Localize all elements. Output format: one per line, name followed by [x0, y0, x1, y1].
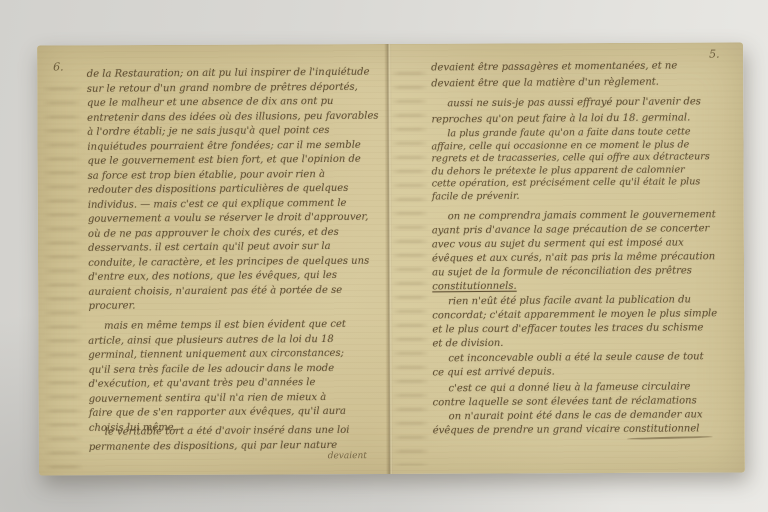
- photograph-background: 6. de la Restauration; on ait pu lui ins…: [0, 0, 768, 512]
- paragraph: on ne comprendra jamais comment le gouve…: [432, 208, 745, 295]
- manuscript-text-line: d'entre eux, des notions, que les évêque…: [88, 269, 380, 286]
- manuscript-text-line: gouvernement a voulu se réserver le droi…: [88, 211, 380, 228]
- paragraph: aussi ne suis-je pas aussi effrayé pour …: [431, 94, 745, 129]
- manuscript-text-line: auraient choisis, n'auraient pas été à p…: [88, 283, 380, 300]
- manuscript-text-line: le véritable tort a été d'avoir inséré d…: [89, 424, 381, 441]
- manuscript-page-left: 6. de la Restauration; on ait pu lui ins…: [37, 44, 389, 476]
- paragraph: mais en même temps il est bien évident q…: [88, 318, 381, 436]
- manuscript-text-line: où de ne pas approuver le choix des curé…: [88, 225, 380, 242]
- manuscript-text-line: évêques et aux curés, n'ait pas pris la …: [432, 250, 745, 267]
- manuscript-text-line: cette opération, est précisément celle q…: [432, 176, 745, 191]
- manuscript-text-line: faire que de s'en rapporter aux évêques,…: [89, 405, 381, 422]
- ink-showthrough-left-margin: [42, 79, 84, 471]
- manuscript-text-line: sur le retour d'un grand nombre de prêtr…: [87, 80, 379, 97]
- manuscript-sheet: 6. de la Restauration; on ait pu lui ins…: [37, 42, 745, 475]
- paragraph: le véritable tort a été d'avoir inséré d…: [89, 424, 381, 455]
- paragraph: devaient être passagères et momentanées,…: [431, 58, 745, 93]
- manuscript-page-right: 5. devaient être passagères et momentané…: [387, 42, 745, 474]
- manuscript-text-line: germinal, tiennent uniquement aux circon…: [88, 347, 380, 364]
- manuscript-text-line: et le plus court d'effacer toutes les tr…: [432, 321, 745, 338]
- manuscript-text-line: regrets et de tracasseries, celle qui of…: [431, 151, 744, 166]
- catchword: devaient: [89, 451, 381, 463]
- manuscript-text-line: procurer.: [89, 298, 381, 315]
- manuscript-text-line: et de division.: [432, 335, 745, 352]
- manuscript-text-line: devaient être que la matière d'un règlem…: [431, 74, 745, 93]
- manuscript-text-line: mais en même temps il est bien évident q…: [88, 318, 380, 335]
- manuscript-text-line: que le gouvernement est bien fort, et qu…: [87, 153, 379, 170]
- manuscript-text-line: redouter des dispositions particulières …: [88, 182, 380, 199]
- manuscript-text-line: entretenir dans des idées où des illusio…: [87, 109, 379, 126]
- paragraph: on n'aurait point été dans le cas de dem…: [433, 408, 745, 439]
- paragraph: c'est ce qui a donné lieu à la fameuse c…: [432, 380, 744, 411]
- paragraph: la plus grande faute qu'on a faite dans …: [431, 126, 745, 204]
- manuscript-text-line: ayant pris d'avance la sage précaution d…: [432, 222, 745, 239]
- paragraph: cet inconcevable oubli a été la seule ca…: [432, 350, 745, 381]
- manuscript-text-line: aussi ne suis-je pas aussi effrayé pour …: [431, 94, 745, 113]
- ink-showthrough-gutter-margin: [390, 64, 430, 466]
- page-number-left: 6.: [53, 61, 64, 73]
- manuscript-text-line: cet inconcevable oubli a été la seule ca…: [432, 350, 745, 367]
- paragraph: de la Restauration; on ait pu lui inspir…: [87, 66, 381, 315]
- manuscript-text-line: ce qui est arrivé depuis.: [432, 364, 744, 381]
- paragraph: rien n'eût été plus facile avant la publ…: [432, 293, 745, 352]
- manuscript-text-line: facile de prévenir.: [432, 189, 745, 204]
- manuscript-text-line: de la Restauration; on ait pu lui inspir…: [87, 66, 379, 83]
- manuscript-text-line: constitutionnels.: [432, 278, 745, 295]
